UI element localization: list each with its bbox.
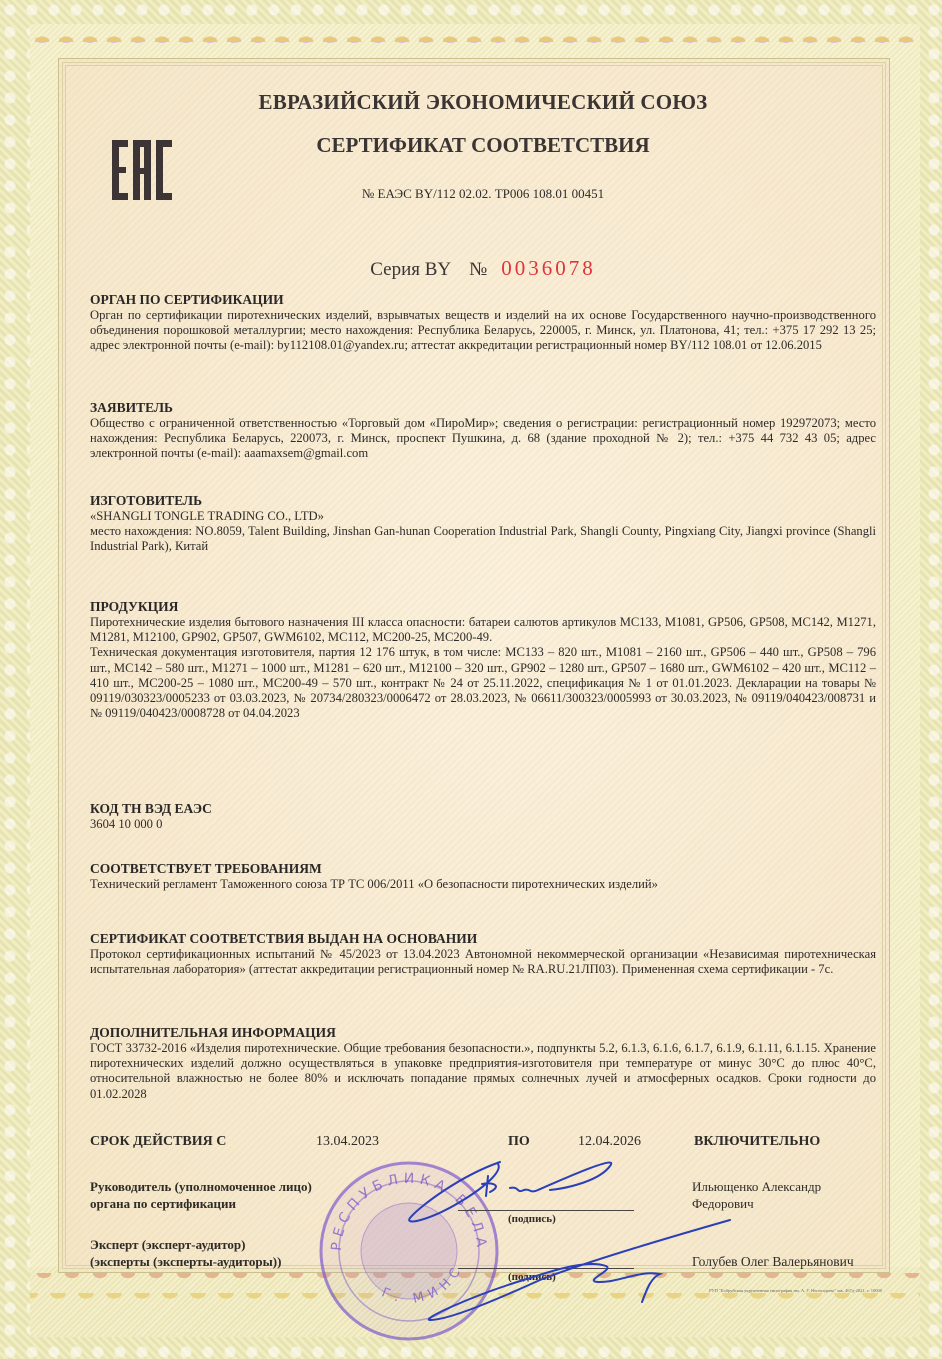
section-text: Технический регламент Таможенного союза … [90, 877, 876, 892]
manufacturer-name: «SHANGLI TONGLE TRADING CO., LTD» [90, 509, 876, 524]
expert-label: Эксперт (эксперт-аудитор) (эксперты (экс… [90, 1236, 281, 1270]
section-text: 3604 10 000 0 [90, 817, 876, 832]
section-title: КОД ТН ВЭД ЕАЭС [90, 801, 876, 817]
section-title: ЗАЯВИТЕЛЬ [90, 400, 876, 416]
section-hs-code: КОД ТН ВЭД ЕАЭС 3604 10 000 0 [90, 801, 876, 832]
section-manufacturer: ИЗГОТОВИТЕЛЬ «SHANGLI TONGLE TRADING CO.… [90, 493, 876, 555]
product-documentation: Техническая документация изготовителя, п… [90, 645, 876, 721]
series-line: Серия BY№0036078 [90, 256, 876, 281]
head-label: Руководитель (уполномоченное лицо) орган… [90, 1178, 312, 1212]
serial-number: 0036078 [501, 256, 596, 280]
section-text: место нахождения: NO.8059, Talent Buildi… [90, 524, 876, 554]
section-text: Орган по сертификации пиротехнических из… [90, 308, 876, 354]
official-stamp-icon: РЕСПУБЛИКА БЕЛАРУСЬ Г. МИНСК [316, 1158, 502, 1344]
validity-to-label: ПО [508, 1134, 530, 1150]
section-certification-body: ОРГАН ПО СЕРТИФИКАЦИИ Орган по сертифика… [90, 292, 876, 354]
product-description: Пиротехнические изделия бытового назначе… [90, 615, 876, 645]
section-product: ПРОДУКЦИЯ Пиротехнические изделия бытово… [90, 599, 876, 721]
expert-name: Голубев Олег Валерьянович [692, 1253, 854, 1270]
section-text: Общество с ограниченной ответственностью… [90, 416, 876, 462]
section-text: ГОСТ 33732-2016 «Изделия пиротехнические… [90, 1041, 876, 1102]
section-basis: СЕРТИФИКАТ СООТВЕТСТВИЯ ВЫДАН НА ОСНОВАН… [90, 931, 876, 977]
section-applicant: ЗАЯВИТЕЛЬ Общество с ограниченной ответс… [90, 400, 876, 462]
validity-inclusive-label: ВКЛЮЧИТЕЛЬНО [694, 1134, 820, 1150]
union-title: ЕВРАЗИЙСКИЙ ЭКОНОМИЧЕСКИЙ СОЮЗ [90, 90, 876, 115]
section-additional-info: ДОПОЛНИТЕЛЬНАЯ ИНФОРМАЦИЯ ГОСТ 33732-201… [90, 1025, 876, 1102]
validity-from-label: СРОК ДЕЙСТВИЯ С [90, 1134, 226, 1150]
series-label: Серия BY [370, 259, 451, 280]
number-sign: № [469, 259, 487, 280]
section-title: СООТВЕТСТВУЕТ ТРЕБОВАНИЯМ [90, 861, 876, 877]
validity-to-date: 12.04.2026 [578, 1134, 641, 1150]
section-text: Протокол сертификационных испытаний № 45… [90, 947, 876, 977]
section-title: ОРГАН ПО СЕРТИФИКАЦИИ [90, 292, 876, 308]
printer-note: РУП "Бобруйская укрупненная типография и… [709, 1288, 882, 1293]
section-requirements: СООТВЕТСТВУЕТ ТРЕБОВАНИЯМ Технический ре… [90, 861, 876, 892]
head-name: Ильющенко Александр Федорович [692, 1178, 821, 1212]
head-signature-caption: (подпись) [508, 1213, 556, 1225]
validity-from-date: 13.04.2023 [316, 1134, 379, 1150]
expert-signature-caption: (подпись) [508, 1271, 556, 1283]
section-title: ДОПОЛНИТЕЛЬНАЯ ИНФОРМАЦИЯ [90, 1025, 876, 1041]
validity-period: СРОК ДЕЙСТВИЯ С 13.04.2023 ПО 12.04.2026… [90, 1134, 876, 1154]
section-title: ПРОДУКЦИЯ [90, 599, 876, 615]
section-title: СЕРТИФИКАТ СООТВЕТСТВИЯ ВЫДАН НА ОСНОВАН… [90, 931, 876, 947]
head-signature-line [458, 1210, 634, 1211]
certificate-number: № ЕАЭС BY/112 02.02. ТР006 108.01 00451 [90, 186, 876, 202]
section-title: ИЗГОТОВИТЕЛЬ [90, 493, 876, 509]
certificate-title: СЕРТИФИКАТ СООТВЕТСТВИЯ [90, 133, 876, 158]
expert-signature-line [458, 1268, 634, 1269]
